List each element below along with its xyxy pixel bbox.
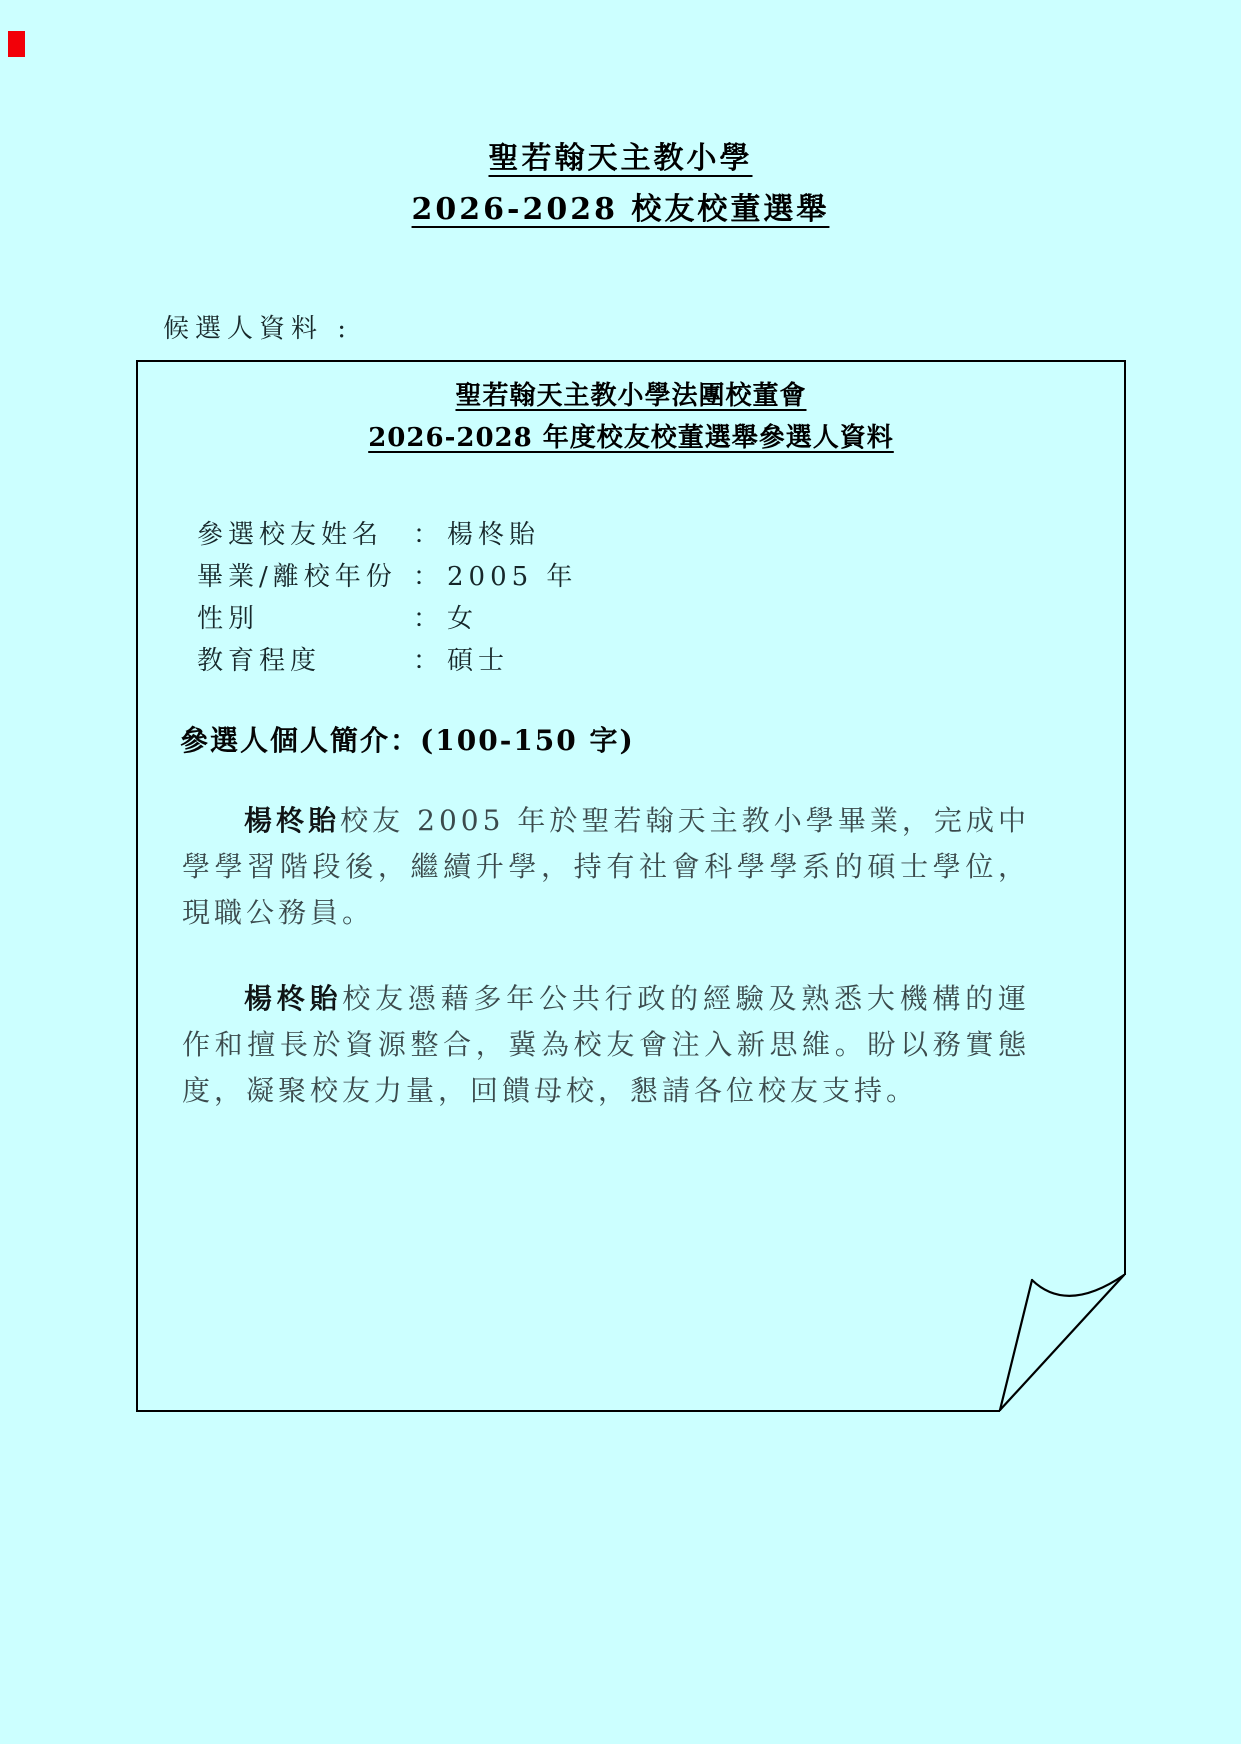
card-headings: 聖若翰天主教小學法團校董會 2026-2028 年度校友校董選舉參選人資料 (138, 375, 1124, 459)
field-value-name: 楊柊貽 (447, 514, 540, 556)
candidate-name: 楊柊貽 (244, 982, 342, 1015)
field-row-graduation-year: 畢業/離校年份 ： 2005 年 (197, 556, 577, 598)
field-value-gender: 女 (447, 598, 478, 640)
field-colon: ： (413, 556, 447, 598)
document-title-line2-text: 2026-2028 校友校董選舉 (412, 192, 830, 227)
field-label: 教育程度 (197, 640, 413, 682)
document-title-line2: 2026-2028 校友校董選舉 (0, 184, 1241, 235)
page-curl-icon (982, 1260, 1126, 1412)
field-value-education: 碩士 (447, 640, 509, 682)
field-label: 參選校友姓名 (197, 514, 413, 556)
card-heading-line2-text: 2026-2028 年度校友校董選舉參選人資料 (368, 423, 894, 453)
bio-section-heading: 參選人個人簡介：(100-150 字) (180, 719, 635, 759)
document-title-line1-text: 聖若翰天主教小學 (489, 141, 753, 176)
candidate-fields: 參選校友姓名 ： 楊柊貽 畢業/離校年份 ： 2005 年 性別 ： 女 教育程… (197, 514, 577, 682)
field-row-education: 教育程度 ： 碩士 (197, 640, 577, 682)
scan-edge-strip (0, 1744, 1241, 1755)
card-heading-line1-text: 聖若翰天主教小學法團校董會 (455, 381, 806, 411)
candidate-name: 楊柊貽 (244, 804, 340, 837)
bio-text: 楊柊貽校友 2005 年於聖若翰天主教小學畢業，完成中學學習階段後，繼續升學，持… (182, 798, 1030, 1114)
document-title: 聖若翰天主教小學 2026-2028 校友校董選舉 (0, 133, 1241, 235)
bio-paragraph: 楊柊貽校友憑藉多年公共行政的經驗及熟悉大機構的運作和擅長於資源整合，冀為校友會注… (182, 976, 1030, 1114)
card-heading-line1: 聖若翰天主教小學法團校董會 (138, 375, 1124, 417)
field-value-graduation-year: 2005 年 (447, 556, 577, 598)
field-label: 畢業/離校年份 (197, 556, 413, 598)
field-colon: ： (413, 598, 447, 640)
field-row-gender: 性別 ： 女 (197, 598, 577, 640)
field-colon: ： (413, 640, 447, 682)
document-title-line1: 聖若翰天主教小學 (0, 133, 1241, 184)
candidate-info-label: 候選人資料 : (163, 308, 352, 345)
field-label: 性別 (197, 598, 413, 640)
bio-paragraph: 楊柊貽校友 2005 年於聖若翰天主教小學畢業，完成中學學習階段後，繼續升學，持… (182, 798, 1030, 936)
card-heading-line2: 2026-2028 年度校友校董選舉參選人資料 (138, 417, 1124, 459)
field-colon: ： (413, 514, 447, 556)
page: { "page": { "bg_color": "#ccffff", "corn… (0, 0, 1241, 1755)
field-row-name: 參選校友姓名 ： 楊柊貽 (197, 514, 577, 556)
candidate-info-card: 聖若翰天主教小學法團校董會 2026-2028 年度校友校董選舉參選人資料 參選… (136, 360, 1126, 1412)
scan-corner-mark (8, 31, 25, 57)
